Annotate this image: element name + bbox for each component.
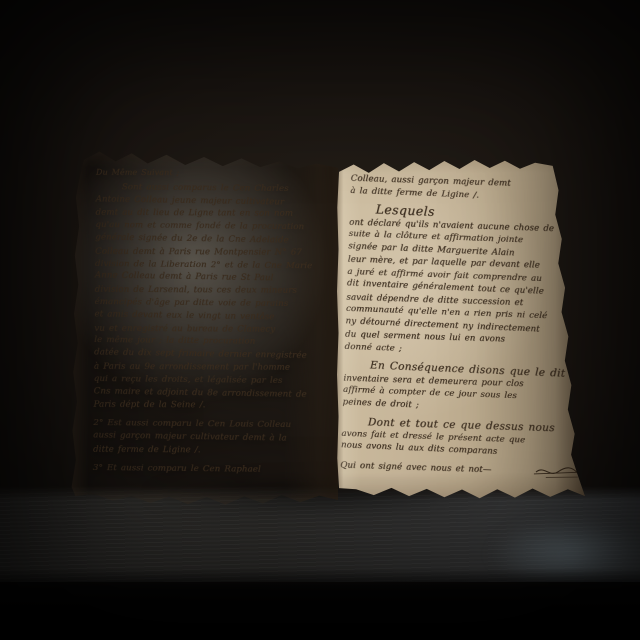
photo-scene: Du Même Suivant ; Sont aussi comparus le…	[0, 0, 640, 640]
foreground-dark-band	[0, 568, 640, 640]
manuscript-line-text: vu et enregistré au bureau de Clamecy	[94, 323, 275, 334]
manuscript-line: Du Même Suivant ;	[96, 167, 332, 181]
manuscript-line-text: à Paris au 9e arrondissement par l'homme	[94, 362, 290, 373]
manuscript-line-text: Lesquels	[375, 201, 435, 219]
manuscript-line-text: 3° Et aussi comparu le Cen Raphael	[93, 463, 261, 475]
manuscript-line-text: Cns maire et adjoint du 8e arrondissemen…	[94, 386, 307, 400]
manuscript-line: demt au dit lieu de Ligne tant en son no…	[95, 207, 331, 221]
manuscript-line-text: Du Même Suivant ;	[96, 168, 179, 177]
left-page-text: Du Même Suivant ; Sont aussi comparus le…	[93, 166, 332, 477]
manuscript-line-text: demt au dit lieu de Ligne tant en son no…	[95, 208, 293, 219]
manuscript-line-text: Qui ont signé avec nous et not—	[340, 460, 492, 475]
right-page-text: Colleau, aussi garçon majeur demt à la d…	[340, 172, 577, 479]
manuscript-line-text: peines de droit ;	[342, 397, 419, 410]
manuscript-line-text: Antoine Colleau jeune majeur cultivateur	[96, 194, 285, 207]
manuscript-line-text: générale signée du 2e de la Cne Adelaide	[95, 232, 289, 245]
manuscript-line-text: et amis devant eux le vingt un ventôse	[94, 309, 274, 322]
manuscript-line: à Paris au 9e arrondissement par l'homme	[94, 361, 330, 375]
manuscript-line-text: émancipés d'âge par ditte voie de parain…	[95, 297, 289, 309]
signature-paraph	[532, 463, 593, 481]
manuscript-line: 3° Et aussi comparu le Cen Raphael	[93, 462, 329, 477]
manuscript-line: Paris dépt de la Seine /.	[93, 399, 329, 413]
manuscript-line-text: Paris dépt de la Seine /.	[93, 400, 205, 411]
manuscript-line: Colleau demt à Paris rue Montpensier N° …	[95, 245, 331, 259]
manuscript-line-text: datée du dix sept frimaire dernier enreg…	[94, 347, 307, 361]
manuscript-line-text: aussi garçon majeur cultivateur demt à l…	[93, 430, 287, 443]
manuscript-line-text: le même jour ; la ditte procuration	[94, 335, 255, 347]
manuscript-line: vu et enregistré au bureau de Clamecy	[94, 322, 330, 336]
manuscript-line-text: qu'au nom et comme fondé de la procurati…	[95, 220, 304, 232]
manuscript-line-text: Sont aussi comparus le Cen Charles	[122, 182, 289, 194]
manuscript-line: ditte ferme de Ligine /.	[93, 443, 329, 457]
manuscript-line: division de Larsenal, tous ces deux mine…	[95, 284, 331, 298]
manuscript-line-text: donné acte ;	[344, 341, 402, 353]
manuscript-line-text: division de Larsenal, tous ces deux mine…	[95, 285, 297, 296]
manuscript-document: Du Même Suivant ; Sont aussi comparus le…	[0, 0, 640, 640]
manuscript-line-text: qui a reçu les droits, et légalisée par …	[94, 374, 283, 386]
manuscript-line-text: 2° Est aussi comparu le Cen Louis Collea…	[93, 418, 291, 430]
manuscript-page-left: Du Même Suivant ; Sont aussi comparus le…	[70, 146, 338, 511]
manuscript-line-text: ditte ferme de Ligine /.	[93, 444, 201, 455]
manuscript-page-right: Colleau, aussi garçon majeur demt à la d…	[336, 152, 588, 500]
manuscript-line-text: Colleau demt à Paris rue Montpensier N° …	[95, 246, 302, 257]
manuscript-line-text: Anne Colleau demt à Paris rue St Paul	[95, 271, 274, 284]
